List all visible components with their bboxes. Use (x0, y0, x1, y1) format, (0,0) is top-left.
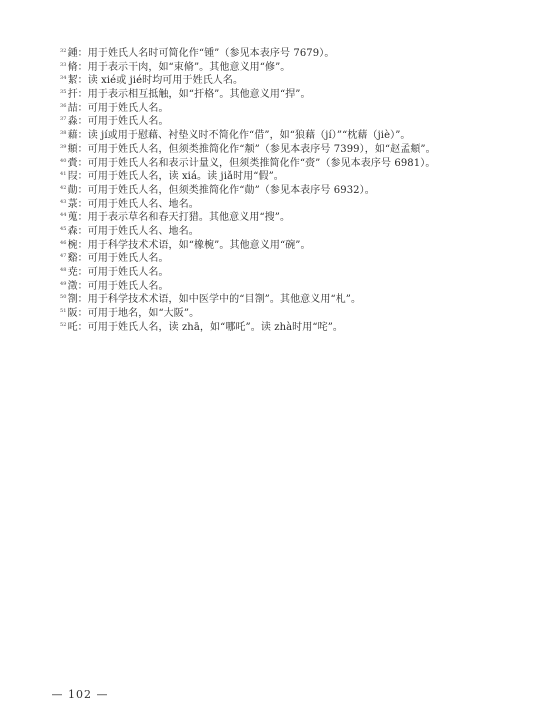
footnote-number: 50 (60, 294, 67, 300)
footnote-45: 45森：可用于姓氏人名、地名。 (60, 223, 530, 237)
footnote-number: 48 (60, 267, 67, 273)
footnote-text: 澂：可用于姓氏人名。 (68, 281, 169, 292)
footnote-text: 淼：可用于姓氏人名。 (68, 116, 169, 127)
footnote-text: 喆：可用于姓氏人名。 (68, 103, 169, 114)
footnote-49: 49澂：可用于姓氏人名。 (60, 278, 530, 292)
footnote-number: 42 (60, 185, 67, 191)
footnote-number: 52 (60, 322, 67, 328)
footnote-text: 藉：读 jí或用于慰藉、衬垫义时不简化作“借”，如“狼藉（jí）”“枕藉（jiè… (68, 130, 411, 141)
footnote-number: 44 (60, 212, 67, 218)
footnote-47: 47谿：可用于姓氏人名。 (60, 250, 530, 264)
footnote-39: 39頫：可用于姓氏人名，但须类推简化作“颒”（参见本表序号 7399），如“赵孟… (60, 141, 530, 155)
footnote-text: 蒐：用于表示草名和春天打猎。其他意义用“搜”。 (68, 212, 291, 223)
footnote-32: 32鍾：用于姓氏人名时可简化作“锺”（参见本表序号 7679）。 (60, 45, 530, 59)
footnote-text: 賫：可用于姓氏人名和表示计量义，但须类推简化作“赍”（参见本表序号 6981）。 (68, 158, 436, 169)
footnote-text: 椀：用于科学技术术语，如“橡椀”。其他意义用“碗”。 (68, 240, 311, 251)
footnote-text: 脩：用于表示干肉，如“束脩”。其他意义用“修”。 (68, 62, 291, 73)
footnote-number: 43 (60, 199, 67, 205)
footnote-number: 32 (60, 48, 67, 54)
footnote-number: 36 (60, 103, 67, 109)
footnote-51: 51阪：可用于地名，如“大阪”。 (60, 305, 530, 319)
footnote-text: 頫：可用于姓氏人名，但须类推简化作“颒”（参见本表序号 7399），如“赵孟頫”… (68, 144, 436, 155)
footnote-text: 勣：可用于姓氏人名，但须类推简化作“勣”（参见本表序号 6932）。 (68, 185, 375, 196)
footnote-text: 尭：可用于姓氏人名。 (68, 267, 169, 278)
footnote-text: 吒：可用于姓氏人名，读 zhā，如“哪吒”。读 zhà时用“咤”。 (68, 322, 343, 333)
footnote-48: 48尭：可用于姓氏人名。 (60, 264, 530, 278)
footnote-text: 扞：用于表示相互抵触，如“扞格”。其他意义用“捍”。 (68, 89, 311, 100)
footnote-34: 34絜：读 xié或 jié时均可用于姓氏人名。 (60, 72, 530, 86)
footnote-number: 41 (60, 171, 67, 177)
footnote-text: 菉：可用于姓氏人名、地名。 (68, 199, 199, 210)
footnote-number: 37 (60, 116, 67, 122)
footnote-text: 谿：可用于姓氏人名。 (68, 253, 169, 264)
footnote-42: 42勣：可用于姓氏人名，但须类推简化作“勣”（参见本表序号 6932）。 (60, 182, 530, 196)
footnote-41: 41叚：可用于姓氏人名，读 xiá。读 jiǎ时用“假”。 (60, 168, 530, 182)
footnote-number: 47 (60, 253, 67, 259)
footnote-33: 33脩：用于表示干肉，如“束脩”。其他意义用“修”。 (60, 59, 530, 73)
footnote-number: 49 (60, 281, 67, 287)
footnote-number: 40 (60, 158, 67, 164)
footnote-number: 46 (60, 240, 67, 246)
footnote-46: 46椀：用于科学技术术语，如“橡椀”。其他意义用“碗”。 (60, 237, 530, 251)
footnote-38: 38藉：读 jí或用于慰藉、衬垫义时不简化作“借”，如“狼藉（jí）”“枕藉（j… (60, 127, 530, 141)
footnote-number: 35 (60, 89, 67, 95)
footnote-text: 鍾：用于姓氏人名时可简化作“锺”（参见本表序号 7679）。 (68, 48, 335, 59)
footnote-text: 叚：可用于姓氏人名，读 xiá。读 jiǎ时用“假”。 (68, 171, 284, 182)
footnotes-list: 32鍾：用于姓氏人名时可简化作“锺”（参见本表序号 7679）。 33脩：用于表… (60, 45, 530, 332)
footnote-text: 阪：可用于地名，如“大阪”。 (68, 308, 200, 319)
footnote-text: 絜：读 xié或 jié时均可用于姓氏人名。 (68, 75, 244, 86)
footnote-40: 40賫：可用于姓氏人名和表示计量义，但须类推简化作“赍”（参见本表序号 6981… (60, 155, 530, 169)
footnote-37: 37淼：可用于姓氏人名。 (60, 113, 530, 127)
footnote-number: 33 (60, 62, 67, 68)
footnote-number: 38 (60, 130, 67, 136)
footnote-text: 劄：用于科学技术术语，如中医学中的“目劄”。其他意义用“札”。 (68, 294, 362, 305)
page-number: — 102 — (0, 688, 160, 701)
footnote-43: 43菉：可用于姓氏人名、地名。 (60, 196, 530, 210)
footnote-number: 51 (60, 308, 67, 314)
footnote-44: 44蒐：用于表示草名和春天打猎。其他意义用“搜”。 (60, 209, 530, 223)
footnote-35: 35扞：用于表示相互抵触，如“扞格”。其他意义用“捍”。 (60, 86, 530, 100)
footnote-number: 39 (60, 144, 67, 150)
footnote-52: 52吒：可用于姓氏人名，读 zhā，如“哪吒”。读 zhà时用“咤”。 (60, 319, 530, 333)
footnote-36: 36喆：可用于姓氏人名。 (60, 100, 530, 114)
footnote-number: 45 (60, 226, 67, 232)
footnote-50: 50劄：用于科学技术术语，如中医学中的“目劄”。其他意义用“札”。 (60, 291, 530, 305)
footnote-number: 34 (60, 75, 67, 81)
footnote-text: 森：可用于姓氏人名、地名。 (68, 226, 199, 237)
